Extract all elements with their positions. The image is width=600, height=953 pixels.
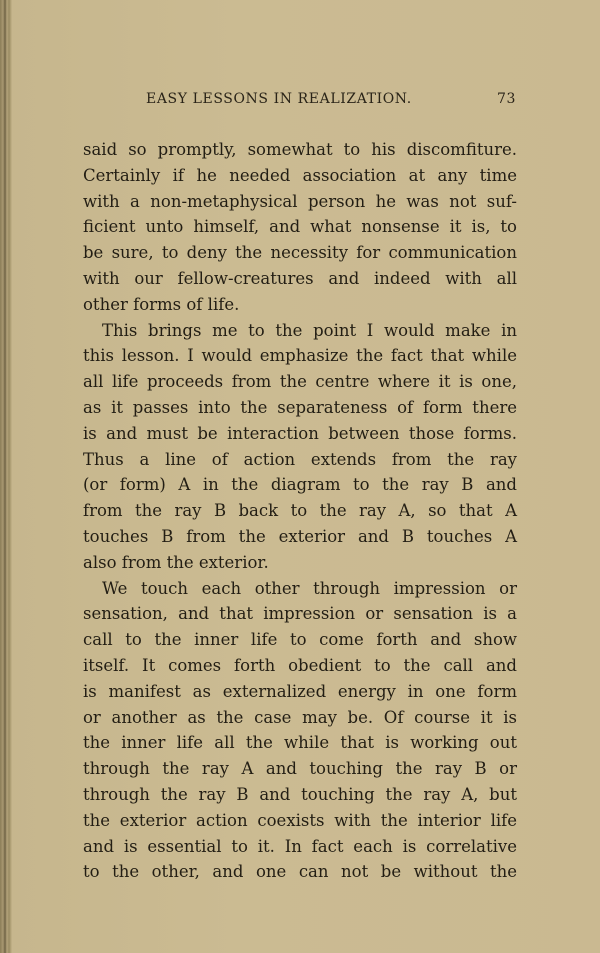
- text-line: sensation, and that impression or sensat…: [83, 601, 517, 627]
- text-line: with our fellow-creatures and indeed wit…: [83, 266, 517, 292]
- text-line: itself. It comes forth obedient to the c…: [83, 653, 517, 679]
- text-line: and is essential to it. In fact each is …: [83, 834, 517, 860]
- paragraph-3: We touch each other through impression o…: [83, 576, 517, 886]
- text-line: touches B from the exterior and B touche…: [83, 524, 517, 550]
- text-line: through the ray A and touching the ray B…: [83, 756, 517, 782]
- body-text: said so promptly, somewhat to his discom…: [83, 137, 517, 885]
- text-line: also from the exterior.: [83, 550, 517, 576]
- running-header: EASY LESSONS IN REALIZATION. 73: [146, 91, 516, 113]
- text-line: as it passes into the separateness of fo…: [83, 395, 517, 421]
- text-line: from the ray B back to the ray A, so tha…: [83, 498, 517, 524]
- text-line: ficient unto himself, and what nonsense …: [83, 214, 517, 240]
- text-line: the exterior action coexists with the in…: [83, 808, 517, 834]
- paragraph-2: This brings me to the point I would make…: [83, 318, 517, 576]
- page-gutter-edge: [0, 0, 12, 953]
- paragraph-1: said so promptly, somewhat to his discom…: [83, 137, 517, 318]
- text-line: (or form) A in the diagram to the ray B …: [83, 472, 517, 498]
- text-line: said so promptly, somewhat to his discom…: [83, 137, 517, 163]
- book-page: EASY LESSONS IN REALIZATION. 73 said so …: [0, 0, 600, 953]
- text-line: with a non-metaphysical person he was no…: [83, 189, 517, 215]
- text-line: this lesson. I would emphasize the fact …: [83, 343, 517, 369]
- text-line: the inner life all the while that is wor…: [83, 730, 517, 756]
- text-line: We touch each other through impression o…: [83, 576, 517, 602]
- text-line: all life proceeds from the centre where …: [83, 369, 517, 395]
- text-line: Thus a line of action extends from the r…: [83, 447, 517, 473]
- page-number: 73: [497, 91, 516, 107]
- text-line: Certainly if he needed association at an…: [83, 163, 517, 189]
- text-line: be sure, to deny the necessity for commu…: [83, 240, 517, 266]
- text-line: other forms of life.: [83, 292, 517, 318]
- text-line: or another as the case may be. Of course…: [83, 705, 517, 731]
- text-line: through the ray B and touching the ray A…: [83, 782, 517, 808]
- text-line: This brings me to the point I would make…: [83, 318, 517, 344]
- text-line: call to the inner life to come forth and…: [83, 627, 517, 653]
- text-line: to the other, and one can not be without…: [83, 859, 517, 885]
- running-title: EASY LESSONS IN REALIZATION.: [146, 91, 412, 107]
- text-line: is and must be interaction between those…: [83, 421, 517, 447]
- text-line: is manifest as externalized energy in on…: [83, 679, 517, 705]
